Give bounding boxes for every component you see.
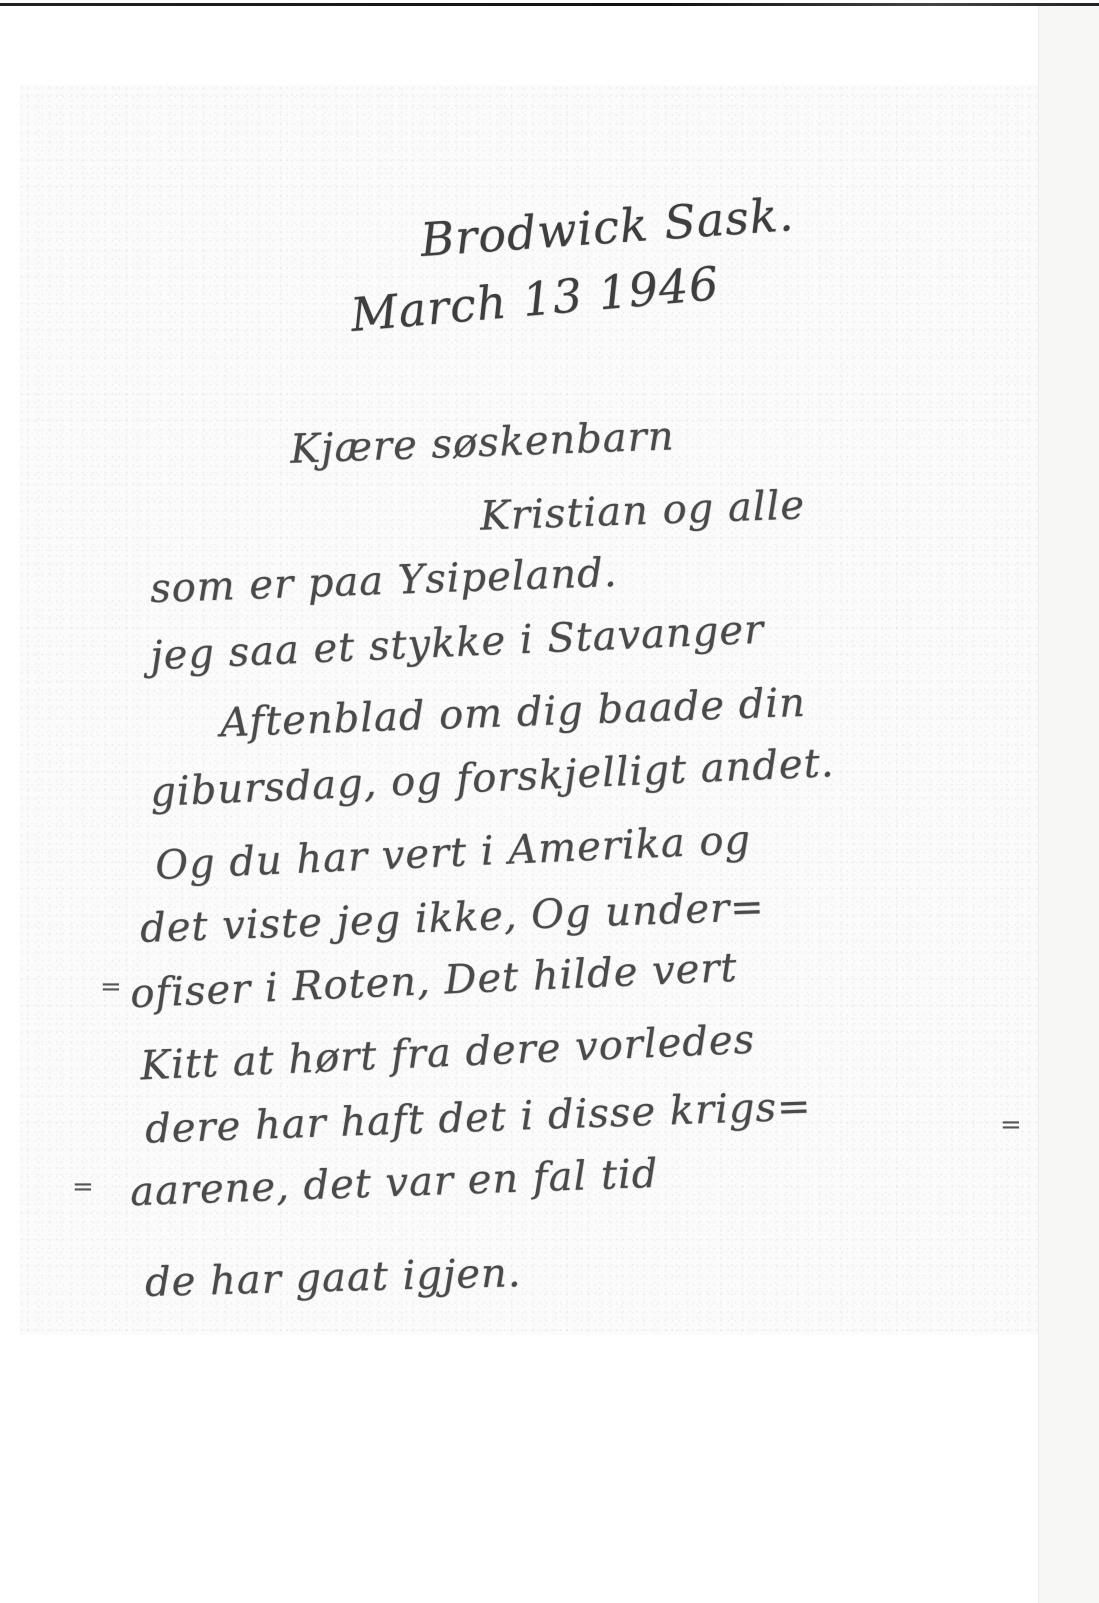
body-line: de har gaat igjen. bbox=[144, 1250, 522, 1306]
hyphen-continuation-mark: = bbox=[100, 972, 122, 1002]
hyphen-continuation-mark: = bbox=[72, 1172, 94, 1202]
scan-right-margin bbox=[1038, 6, 1099, 1603]
scan-top-border bbox=[0, 3, 1099, 6]
hyphen-continuation-mark: = bbox=[1000, 1110, 1022, 1140]
